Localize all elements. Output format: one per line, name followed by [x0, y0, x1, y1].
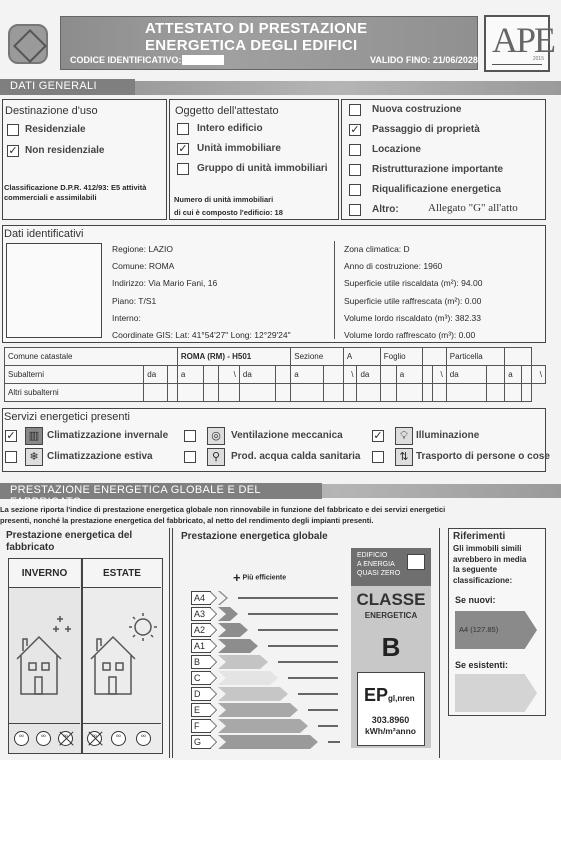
label-riqualificazione: Riqualificazione energetica	[372, 184, 501, 195]
particella-value	[505, 348, 532, 366]
smiley-neutral-icon: ºº	[111, 731, 126, 746]
num-unita-line1: Numero di unità immobiliari	[174, 195, 273, 204]
code-redacted	[182, 55, 224, 65]
air-conditioner-icon: ❄	[25, 448, 43, 466]
anno-costruzione: Anno di costruzione: 1960	[344, 258, 482, 275]
comune-catastale-label: Comune catastale	[5, 348, 178, 366]
nzeb-checkbox[interactable]	[407, 554, 425, 570]
energy-class-label: B	[191, 655, 211, 669]
comune: Comune: ROMA	[112, 258, 291, 275]
house-summer-icon	[85, 599, 161, 699]
oggetto-box: Oggetto dell'attestato Intero edificio ✓…	[169, 99, 339, 220]
nzeb-line3: QUASI ZERO	[357, 569, 431, 578]
altro-handwritten-note: Allegato "G" all'atto	[428, 202, 518, 214]
energy-class-label: G	[191, 735, 211, 749]
cell-sep: \	[343, 366, 357, 384]
interno: Interno:	[112, 310, 291, 327]
checkbox-illuminazione[interactable]: ✓	[372, 430, 384, 442]
plus-icon: +	[233, 570, 241, 585]
riferimenti-text: Gli immobili simili avrebbero in media l…	[453, 544, 526, 586]
fabbricato-title-line1: Prestazione energetica del	[6, 530, 132, 542]
riferimenti-title: Riferimenti	[453, 531, 505, 542]
classificazione-line1: Classificazione D.P.R. 412/93: E5 attivi…	[4, 183, 146, 192]
checkbox-gruppo-unita[interactable]	[177, 163, 189, 175]
indirizzo: Indirizzo: Via Mario Fani, 16	[112, 275, 291, 292]
fan-icon: ◎	[207, 427, 225, 445]
identificativi-right-column: Zona climatica: D Anno di costruzione: 1…	[344, 241, 482, 344]
ape-logo-text: APE	[492, 19, 554, 61]
globale-title: Prestazione energetica globale	[181, 531, 328, 542]
destinazione-title: Destinazione d'uso	[5, 105, 98, 117]
superficie-riscaldata: Superficie utile riscaldata (m²): 94.00	[344, 275, 482, 292]
energy-class-label: E	[191, 703, 211, 717]
cell-a: a	[396, 366, 422, 384]
regione: Regione: LAZIO	[112, 241, 291, 258]
checkbox-climatizzazione-invernale[interactable]: ✓	[5, 430, 17, 442]
table-row: Subalterni da a \ da a \ da a \ da a \	[5, 366, 546, 384]
particella-label: Particella	[446, 348, 505, 366]
ep-label: EPgl,nren	[364, 685, 415, 706]
cell-empty	[167, 366, 177, 384]
cell-empty	[487, 366, 505, 384]
checkbox-residenziale[interactable]	[7, 124, 19, 136]
cell-a: a	[177, 366, 203, 384]
catasto-table: Comune catastale ROMA (RM) - H501 Sezion…	[4, 347, 546, 402]
label-acqua-calda: Prod. acqua calda sanitaria	[231, 451, 361, 462]
classe-value: B	[351, 632, 431, 663]
energy-class-label: D	[191, 687, 211, 701]
foglio-label: Foglio	[380, 348, 422, 366]
estate-label: ESTATE	[83, 559, 161, 588]
label-trasporto: Trasporto di persone o cose	[416, 451, 550, 462]
checkbox-nuova-costruzione[interactable]	[349, 104, 361, 116]
checkbox-ristrutturazione[interactable]	[349, 164, 361, 176]
smiley-happy-icon-selected: ºº	[87, 731, 102, 746]
prestazione-intro-line1: La sezione riporta l'indice di prestazio…	[0, 505, 560, 514]
smiley-sad-icon: ºº	[136, 731, 151, 746]
esistenti-class-arrow	[455, 674, 537, 712]
checkbox-acqua-calda[interactable]	[184, 451, 196, 463]
cell-empty	[275, 366, 291, 384]
cell-empty	[380, 366, 396, 384]
section-dati-generali: DATI GENERALI	[0, 79, 135, 95]
label-residenziale: Residenziale	[25, 124, 86, 135]
energy-class-label: A3	[191, 607, 211, 621]
checkbox-passaggio-proprieta[interactable]: ✓	[349, 124, 361, 136]
nuovi-class-arrow: A4 (127.85)	[455, 611, 537, 649]
se-esistenti-label: Se esistenti:	[455, 660, 508, 670]
cell-a: a	[505, 366, 522, 384]
motivazione-box: Nuova costruzione ✓ Passaggio di proprie…	[341, 99, 546, 220]
label-climatizzazione-invernale: Climatizzazione invernale	[47, 430, 168, 441]
volume-riscaldato: Volume lordo riscaldato (m³): 382.33	[344, 310, 482, 327]
checkbox-locazione[interactable]	[349, 144, 361, 156]
label-unita-immobiliare: Unità immobiliare	[197, 143, 281, 154]
house-winter-icon	[11, 599, 79, 699]
elevator-icon: ⇅	[395, 448, 413, 466]
inverno-label: INVERNO	[9, 559, 80, 588]
section-prestazione: PRESTAZIONE ENERGETICA GLOBALE E DEL FAB…	[0, 483, 322, 499]
ape-logo-sub: 2015	[533, 56, 544, 62]
comune-catastale-value: ROMA (RM) - H501	[177, 348, 290, 366]
building-photo-placeholder	[6, 243, 102, 338]
fabbricato-title: Prestazione energetica del fabbricato	[6, 530, 132, 554]
classe-label: CLASSE	[351, 590, 431, 610]
label-non-residenziale: Non residenziale	[25, 145, 104, 156]
cell-sep: \	[219, 366, 240, 384]
energy-class-label: C	[191, 671, 211, 685]
energy-class-bar	[218, 719, 308, 733]
dati-identificativi-title: Dati identificativi	[4, 228, 83, 240]
cell-empty	[203, 366, 219, 384]
region-emblem-logo	[8, 24, 48, 64]
ep-text: EP	[364, 685, 388, 705]
label-nuova-costruzione: Nuova costruzione	[372, 104, 461, 115]
checkbox-non-residenziale[interactable]: ✓	[7, 145, 19, 157]
num-unita-line2: di cui è composto l'edificio: 18	[174, 208, 283, 217]
checkbox-climatizzazione-estiva[interactable]	[5, 451, 17, 463]
identificativi-left-column: Regione: LAZIO Comune: ROMA Indirizzo: V…	[112, 241, 291, 344]
volume-raffrescato: Volume lordo raffrescato (m³): 0.00	[344, 327, 482, 344]
cell-empty	[422, 366, 432, 384]
ep-unit: kWh/m²anno	[358, 726, 423, 736]
cell-da: da	[357, 366, 380, 384]
energy-class-label: F	[191, 719, 211, 733]
oggetto-title: Oggetto dell'attestato	[175, 105, 279, 117]
coordinate-gis: Coordinate GIS: Lat: 41°54'27" Long: 12°…	[112, 327, 291, 344]
checkbox-riqualificazione[interactable]	[349, 184, 361, 196]
piano: Piano: T/S1	[112, 293, 291, 310]
cell-da: da	[144, 366, 167, 384]
sezione-value: A	[343, 348, 380, 366]
energy-class-bar	[218, 703, 298, 717]
nzeb-box: EDIFICIO A ENERGIA QUASI ZERO	[351, 548, 431, 586]
checkbox-unita-immobiliare[interactable]: ✓	[177, 143, 189, 155]
piu-efficiente: + Più efficiente	[233, 570, 286, 585]
label-passaggio-proprieta: Passaggio di proprietà	[372, 124, 480, 135]
cell-empty	[323, 366, 343, 384]
energy-class-bar	[218, 735, 318, 749]
destinazione-box: Destinazione d'uso Residenziale ✓ Non re…	[2, 99, 167, 220]
label-locazione: Locazione	[372, 144, 421, 155]
table-row: Comune catastale ROMA (RM) - H501 Sezion…	[5, 348, 546, 366]
fabbricato-panel: Prestazione energetica del fabbricato IN…	[2, 528, 170, 758]
energy-class-bar	[218, 671, 278, 685]
radiator-icon: ▥	[25, 427, 43, 445]
column-divider	[334, 241, 335, 339]
fabbricato-title-line2: fabbricato	[6, 542, 132, 554]
zona-climatica: Zona climatica: D	[344, 241, 482, 258]
subalterni-label: Subalterni	[5, 366, 144, 384]
faucet-icon: ⚲	[207, 448, 225, 466]
classificazione-line2: commerciali e assimilabili	[4, 193, 97, 202]
cell-a: a	[291, 366, 324, 384]
cell-sep: \	[532, 366, 546, 384]
se-nuovi-label: Se nuovi:	[455, 595, 496, 605]
altri-subalterni-label: Altri subalterni	[5, 384, 144, 402]
cell-sep: \	[433, 366, 447, 384]
piu-efficiente-label: Più efficiente	[243, 574, 287, 581]
lightbulb-icon: 💡︎	[395, 427, 413, 445]
energy-class-bar	[218, 687, 288, 701]
cell-da: da	[446, 366, 487, 384]
dati-identificativi-box: Dati identificativi Regione: LAZIO Comun…	[2, 225, 546, 343]
cell-empty	[522, 366, 532, 384]
sezione-label: Sezione	[291, 348, 344, 366]
riferimenti-line3: la seguente	[453, 565, 526, 576]
superficie-raffrescata: Superficie utile raffrescata (m²): 0.00	[344, 293, 482, 310]
ep-box: EPgl,nren 303.8960 kWh/m²anno	[357, 672, 425, 746]
label-illuminazione: Illuminazione	[416, 430, 479, 441]
label-climatizzazione-estiva: Climatizzazione estiva	[47, 451, 153, 462]
checkbox-altro[interactable]	[349, 204, 361, 216]
ape-logo: APE 2015	[484, 15, 550, 72]
ep-value: 303.8960	[358, 715, 423, 725]
checkbox-intero-edificio[interactable]	[177, 123, 189, 135]
energetica-label: ENERGETICA	[351, 611, 431, 620]
valid-until: VALIDO FINO: 21/06/2028	[370, 55, 478, 65]
table-row: Altri subalterni	[5, 384, 546, 402]
divider	[9, 723, 80, 724]
checkbox-ventilazione[interactable]	[184, 430, 196, 442]
ape-certificate-page: ATTESTATO DI PRESTAZIONE ENERGETICA DEGL…	[0, 0, 561, 760]
ep-subscript: gl,nren	[388, 694, 415, 703]
divider	[83, 723, 161, 724]
inverno-panel: INVERNO ºº ºº ºº	[8, 558, 82, 754]
riferimenti-panel: Riferimenti Gli immobili simili avrebber…	[448, 528, 546, 716]
title-line-1: ATTESTATO DI PRESTAZIONE	[145, 20, 367, 37]
label-ristrutturazione: Ristrutturazione importante	[372, 164, 503, 175]
label-altro: Altro:	[372, 204, 399, 215]
document-title: ATTESTATO DI PRESTAZIONE ENERGETICA DEGL…	[145, 20, 367, 54]
checkbox-trasporto[interactable]	[372, 451, 384, 463]
label-intero-edificio: Intero edificio	[197, 123, 263, 134]
riferimenti-line4: classificazione:	[453, 576, 526, 587]
riferimenti-line1: Gli immobili simili	[453, 544, 526, 555]
label-ventilazione: Ventilazione meccanica	[231, 430, 343, 441]
prestazione-intro-line2: presenti, nonché la prestazione energeti…	[0, 516, 560, 525]
smiley-sad-icon-selected: ºº	[58, 731, 73, 746]
servizi-box: Servizi energetici presenti ✓ ▥ Climatiz…	[2, 408, 546, 472]
cell-da: da	[239, 366, 275, 384]
code-label: CODICE IDENTIFICATIVO:	[70, 55, 181, 65]
energy-class-label: A4	[191, 591, 211, 605]
ape-underline	[492, 64, 542, 66]
estate-panel: ESTATE ºº ºº ºº	[82, 558, 163, 754]
smiley-neutral-icon: ºº	[36, 731, 51, 746]
riferimenti-line2: avrebbero in media	[453, 555, 526, 566]
classe-energetica-box: EDIFICIO A ENERGIA QUASI ZERO CLASSE ENE…	[351, 548, 431, 748]
smiley-happy-icon: ºº	[14, 731, 29, 746]
energy-class-label: A1	[191, 639, 211, 653]
foglio-value	[422, 348, 446, 366]
title-line-2: ENERGETICA DEGLI EDIFICI	[145, 37, 367, 54]
energy-class-label: A2	[191, 623, 211, 637]
label-gruppo-unita: Gruppo di unità immobiliari	[197, 163, 328, 174]
servizi-title: Servizi energetici presenti	[4, 411, 130, 423]
